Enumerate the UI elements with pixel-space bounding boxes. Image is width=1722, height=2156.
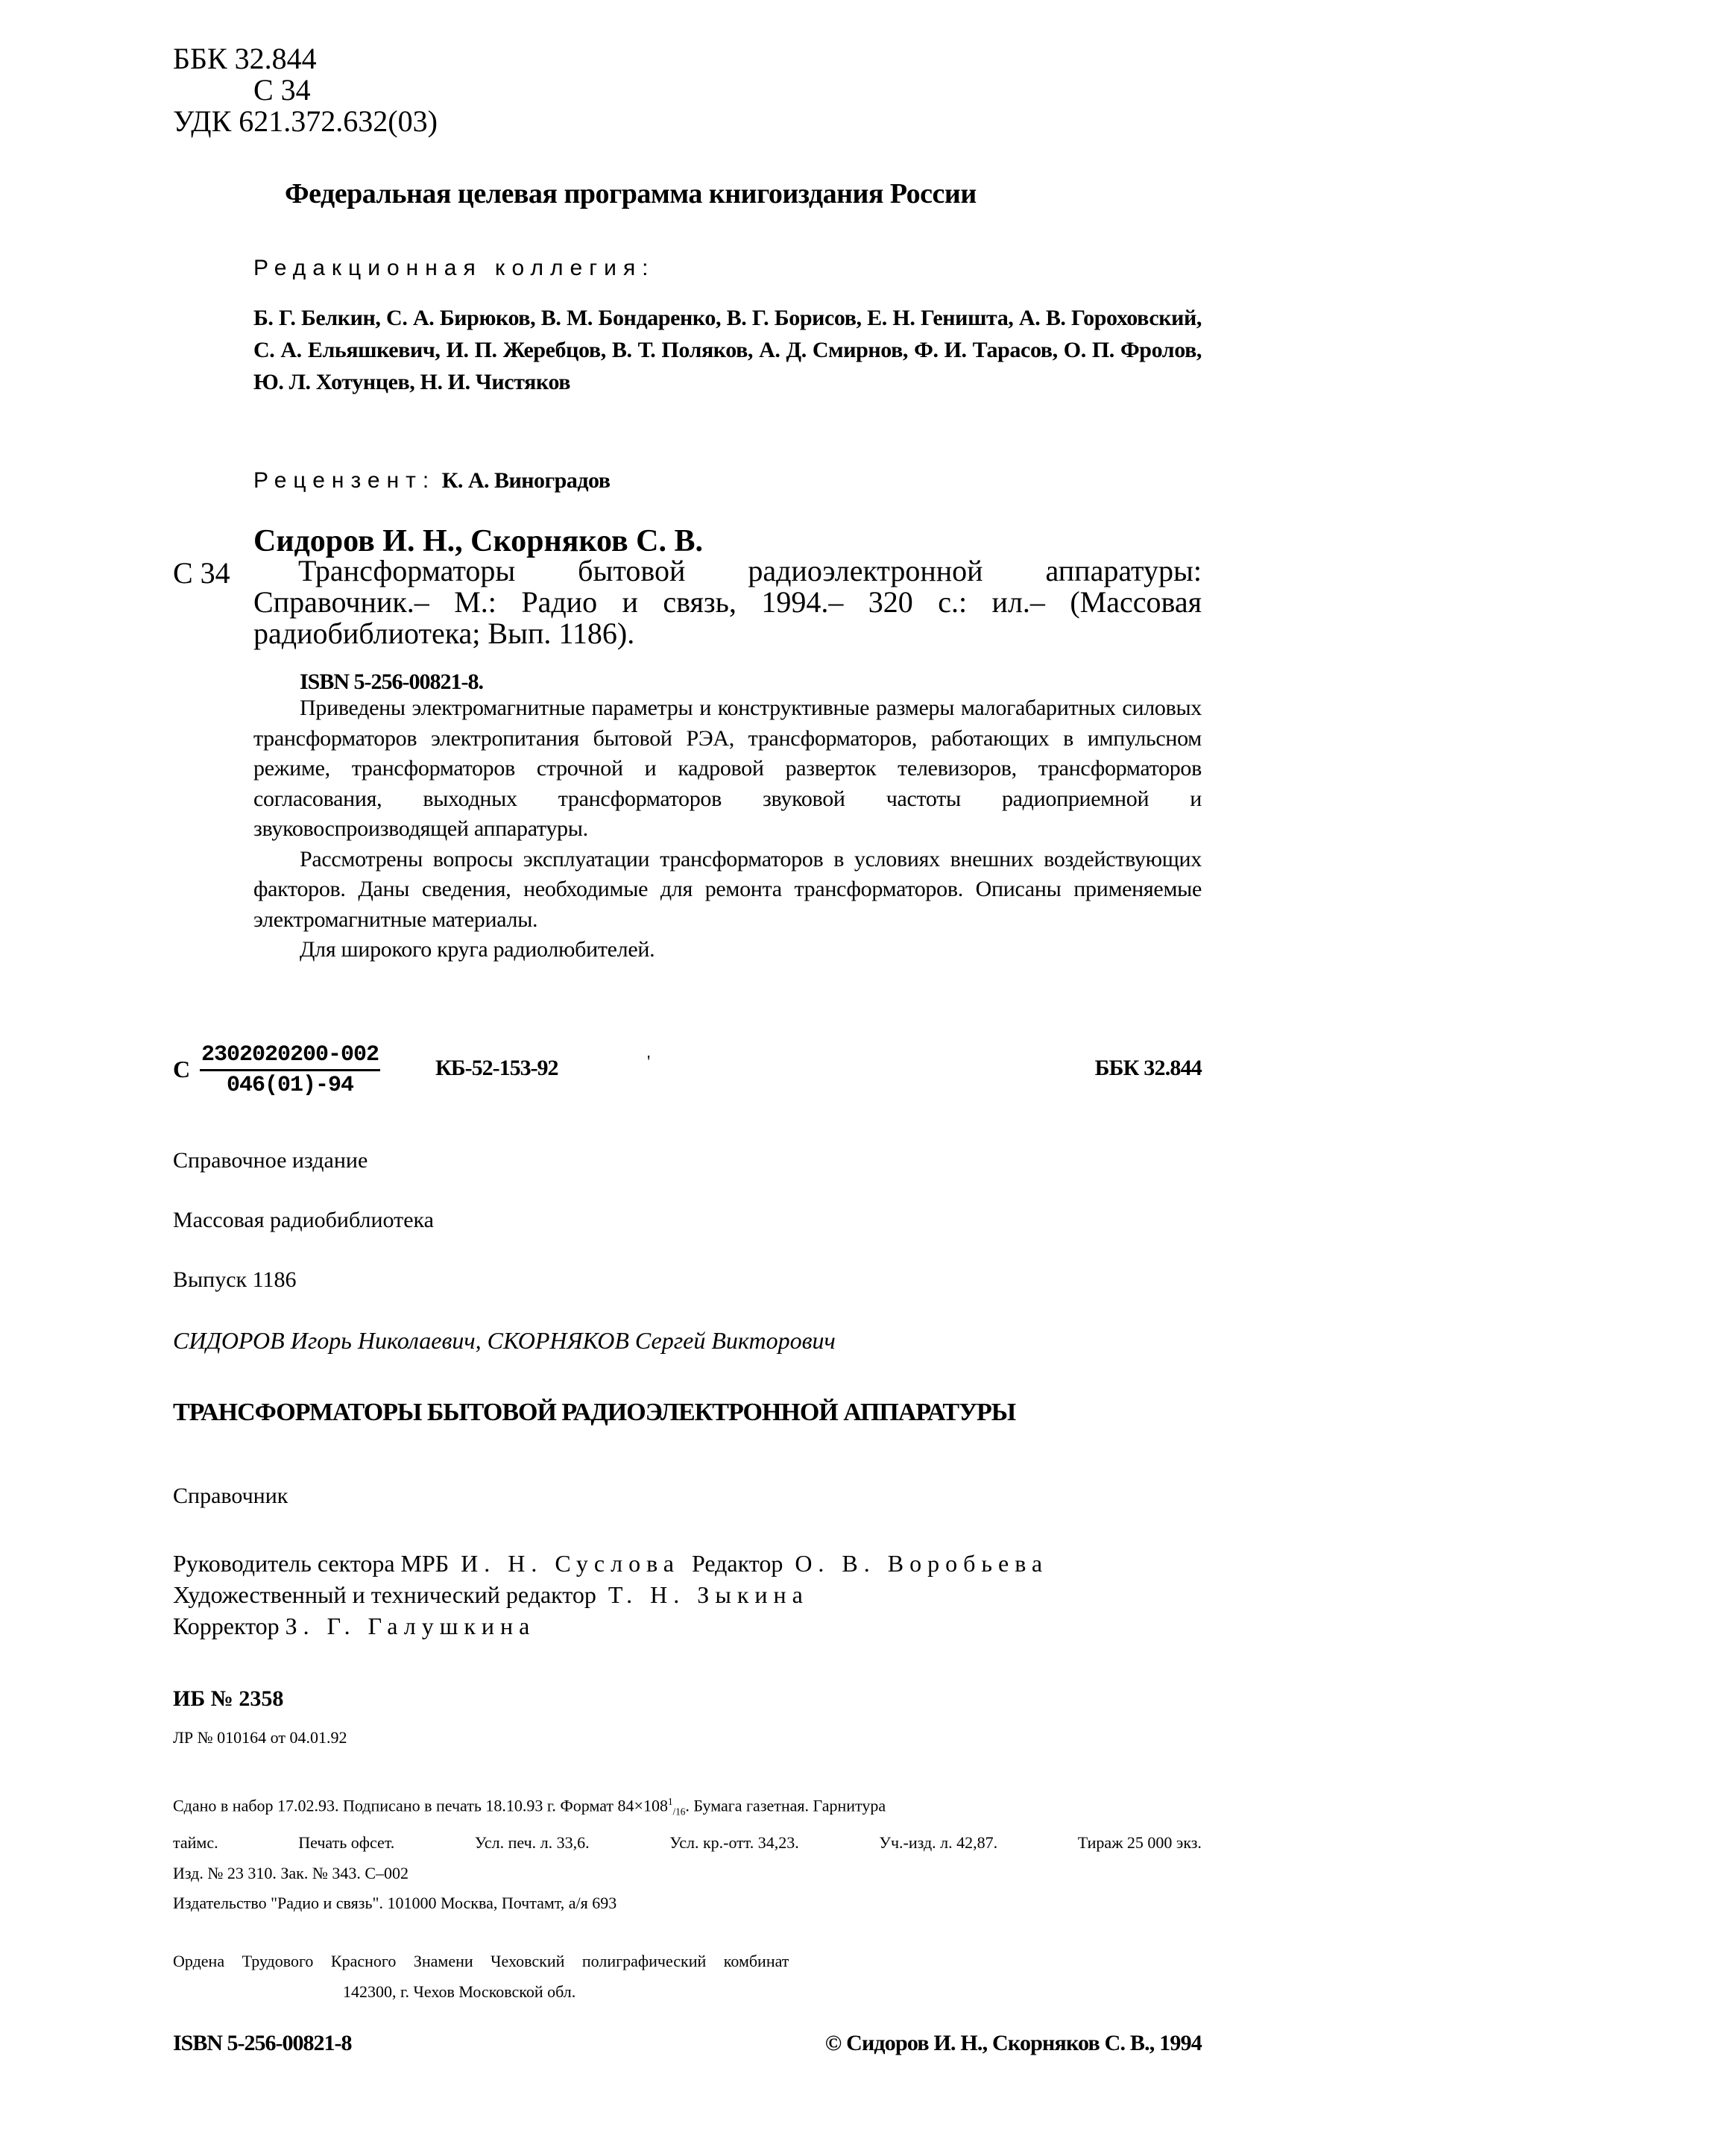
imprint-cell: Усл. печ. л. 33,6. xyxy=(475,1827,590,1858)
head-label: Руководитель сектора МРБ xyxy=(173,1550,449,1577)
code-numerator: 2302020200-002 xyxy=(200,1042,380,1071)
art-editor-label: Художественный и технический редактор xyxy=(173,1581,596,1608)
code-fraction: 2302020200-002 046(01)-94 xyxy=(200,1042,380,1098)
reviewer-label: Рецензент: xyxy=(253,468,435,493)
ib-number: ИБ № 2358 xyxy=(173,1686,283,1712)
bibliographic-description: Трансформаторы бытовой радиоэлектронной … xyxy=(253,555,1202,649)
imprint-paper: . Бумага газетная. Гарнитура xyxy=(685,1796,886,1815)
isbn-bottom: ISBN 5-256-00821-8 xyxy=(173,2031,352,2056)
imprint-details: Сдано в набор 17.02.93. Подписано в печа… xyxy=(173,1786,1202,1888)
head-name: И. Н. Суслова xyxy=(461,1550,680,1577)
staff-credits: Руководитель сектора МРБ И. Н. Суслова Р… xyxy=(173,1548,1048,1642)
classification-codes: ББК 32.844 С 34 УДК 621.372.632(03) xyxy=(173,43,438,137)
editorial-board-members: Б. Г. Белкин, С. А. Бирюков, В. М. Бонда… xyxy=(253,302,1202,398)
imprint-cell: Усл. кр.-отт. 34,23. xyxy=(669,1827,798,1858)
abstract-paragraph: Для широкого круга радиолюбителей. xyxy=(253,935,1202,965)
issue-number: Выпуск 1186 xyxy=(173,1267,297,1293)
isbn-top: ISBN 5-256-00821-8. xyxy=(300,669,483,695)
format-sup: 1 xyxy=(668,1796,673,1807)
imprint-cell: Печать офсет. xyxy=(298,1827,394,1858)
imprint-cell: Уч.-изд. л. 42,87. xyxy=(879,1827,997,1858)
publisher-address: Издательство "Радио и связь". 101000 Мос… xyxy=(173,1894,616,1913)
corrector-label: Корректор xyxy=(173,1613,280,1639)
author-mark: С 34 xyxy=(173,75,438,106)
corrector-name: З. Г. Галушкина xyxy=(286,1613,536,1639)
imprint-cell: Тираж 25 000 экз. xyxy=(1078,1827,1202,1858)
imprint-line-1: Сдано в набор 17.02.93. Подписано в печа… xyxy=(173,1786,1202,1827)
staff-row: Корректор З. Г. Галушкина xyxy=(173,1610,1048,1642)
classification-code-row: С 2302020200-002 046(01)-94 КБ-52-153-92… xyxy=(173,1042,1202,1102)
abstract: Приведены электромагнитные параметры и к… xyxy=(253,693,1202,965)
code-denominator: 046(01)-94 xyxy=(200,1071,380,1098)
editor-label: Редактор xyxy=(692,1550,783,1577)
abstract-paragraph: Приведены электромагнитные параметры и к… xyxy=(253,693,1202,845)
authors-full-names: СИДОРОВ Игорь Николаевич, СКОРНЯКОВ Серг… xyxy=(173,1327,836,1355)
bibliographic-mark: С 34 xyxy=(173,555,230,590)
book-title: ТРАНСФОРМАТОРЫ БЫТОВОЙ РАДИОЭЛЕКТРОННОЙ … xyxy=(173,1399,1015,1427)
abstract-paragraph: Рассмотрены вопросы эксплуатации трансфо… xyxy=(253,845,1202,936)
staff-row: Руководитель сектора МРБ И. Н. Суслова Р… xyxy=(173,1548,1048,1579)
printer-info: Ордена Трудового Красного Знамени Чеховс… xyxy=(173,1946,789,2007)
kb-code: КБ-52-153-92 xyxy=(435,1056,558,1081)
edition-type: Справочное издание xyxy=(173,1148,368,1173)
lr-number: ЛР № 010164 от 04.01.92 xyxy=(173,1728,347,1747)
series-name: Массовая радиобиблиотека xyxy=(173,1208,434,1233)
imprint-line-2: таймс. Печать офсет. Усл. печ. л. 33,6. … xyxy=(173,1827,1202,1858)
imprint-cell: таймс. xyxy=(173,1827,218,1858)
reviewer-name: К. А. Виноградов xyxy=(442,468,611,493)
imprint-line-3: Изд. № 23 310. Зак. № 343. С–002 xyxy=(173,1858,1202,1888)
imprint-dates: Сдано в набор 17.02.93. Подписано в печа… xyxy=(173,1796,668,1815)
staff-row: Художественный и технический редактор Т.… xyxy=(173,1579,1048,1610)
printer-name: Ордена Трудового Красного Знамени Чеховс… xyxy=(173,1946,789,1976)
bbk-code-right: ББК 32.844 xyxy=(1095,1056,1202,1081)
genre: Справочник xyxy=(173,1484,288,1509)
copyright: © Сидоров И. Н., Скорняков С. В., 1994 xyxy=(825,2031,1202,2056)
art-editor-name: Т. Н. Зыкина xyxy=(608,1581,809,1608)
bbk-code: ББК 32.844 xyxy=(173,43,438,75)
format-sub: /16 xyxy=(673,1806,686,1818)
code-prefix: С xyxy=(173,1056,190,1083)
udk-code: УДК 621.372.632(03) xyxy=(173,106,438,137)
editorial-board-label: Редакционная коллегия: xyxy=(253,256,655,281)
editor-name: О. В. Воробьева xyxy=(795,1550,1048,1577)
printer-address: 142300, г. Чехов Московской обл. xyxy=(173,1976,789,2007)
stray-mark: ' xyxy=(647,1053,650,1073)
program-heading: Федеральная целевая программа книгоиздан… xyxy=(285,177,977,210)
reviewer-line: Рецензент: К. А. Виноградов xyxy=(253,468,611,494)
